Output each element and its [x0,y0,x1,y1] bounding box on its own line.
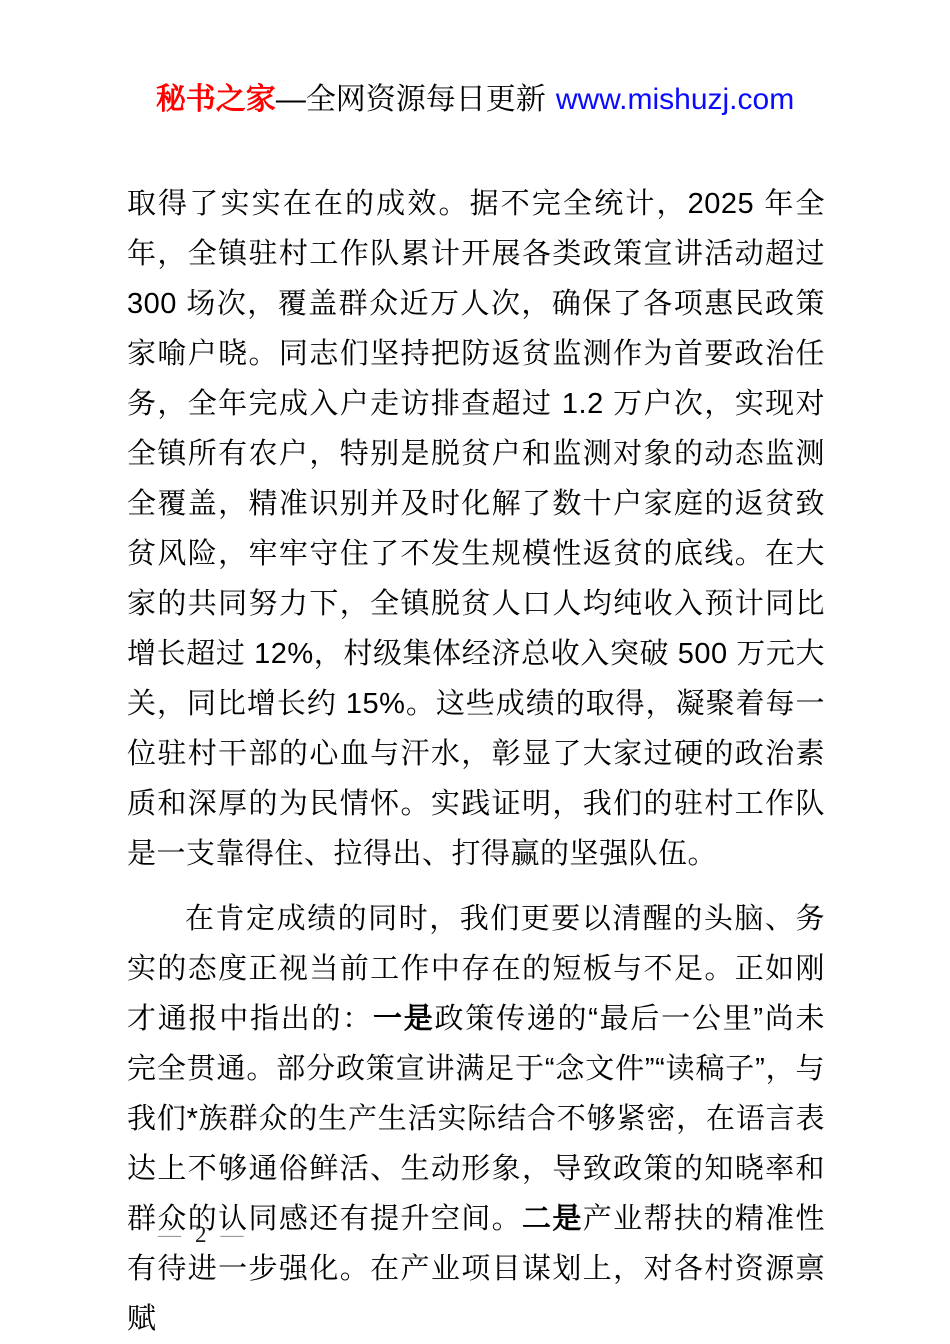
emphasis-text: 一是 [373,1003,435,1035]
site-tagline: —全网资源每日更新 [276,83,546,116]
footer-dash-left: — [158,1222,181,1247]
site-header: 秘书之家—全网资源每日更新www.mishuzj.com [0,82,950,118]
document-page: { "page": { "width": 950, "height": 1344… [0,0,950,1344]
site-brand: 秘书之家 [156,83,276,116]
page-number: 2 [195,1222,207,1247]
text-segment: 政策传递的“最后一公里”尚未完全贯通。部分政策宣讲满足于“念文件”“读稿子”，与… [127,1003,825,1235]
document-body: 取得了实实在在的成效。据不完全统计，2025 年全年，全镇驻村工作队累计开展各类… [127,179,825,1344]
page-footer: —2— [158,1220,244,1249]
paragraph: 在肯定成绩的同时，我们更要以清醒的头脑、务实的态度正视当前工作中存在的短板与不足… [127,894,825,1344]
paragraph: 取得了实实在在的成效。据不完全统计，2025 年全年，全镇驻村工作队累计开展各类… [127,179,825,879]
site-url-link[interactable]: www.mishuzj.com [556,83,794,116]
footer-dash-right: — [221,1222,244,1247]
emphasis-text: 二是 [522,1203,583,1235]
text-segment: 取得了实实在在的成效。据不完全统计，2025 年全年，全镇驻村工作队累计开展各类… [127,188,825,870]
